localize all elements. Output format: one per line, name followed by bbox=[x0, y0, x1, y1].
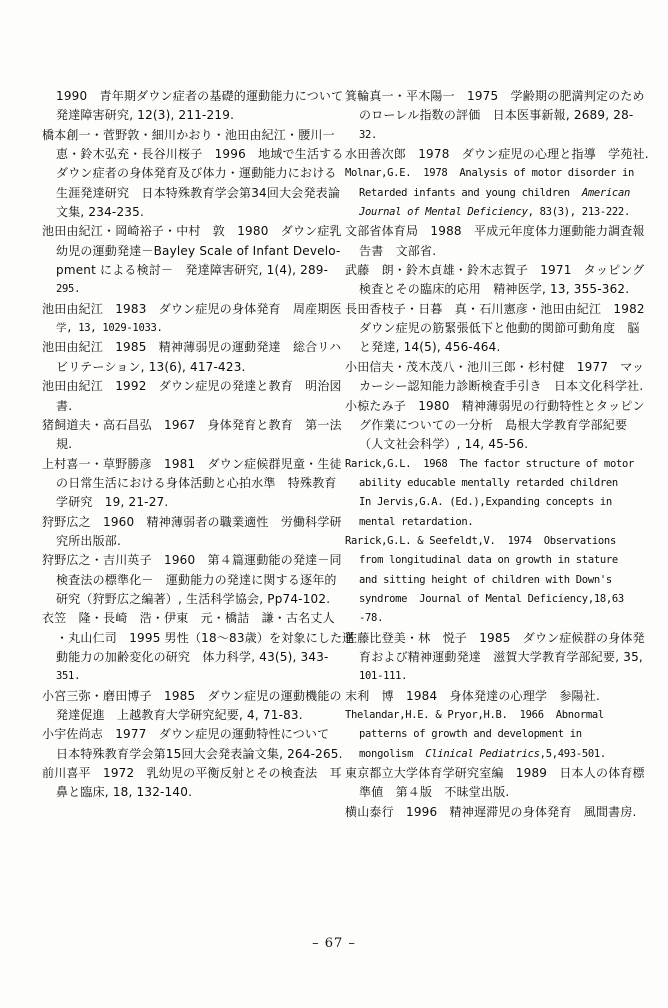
reference-line: のローレル指数の評価 日本医事新報, 2689, 28- bbox=[345, 106, 645, 125]
reference-entry: 猪飼道夫・高石昌弘 1967 身体発育と教育 第一法規. bbox=[42, 416, 342, 455]
reference-entry: 武藤 朗・鈴木貞雄・鈴木志賀子 1971 タッピング検査とその臨床的応用 精神医… bbox=[345, 261, 645, 300]
reference-line: カーシー認知能力診断検査手引き 日本文化科学社. bbox=[345, 377, 645, 396]
journal-title-italic: Clinical Pediatrics bbox=[425, 748, 539, 760]
reference-line: （人文社会科学）, 14, 45-56. bbox=[345, 435, 645, 454]
reference-line: ダウン症者の身体発育及び体力・運動能力における bbox=[42, 164, 342, 183]
reference-line: 1990 青年期ダウン症者の基礎的運動能力について bbox=[42, 87, 342, 106]
reference-line: 育および精神運動発達 滋賀大学教育学部紀要, 35, bbox=[345, 648, 645, 667]
reference-line: 池田由紀江 1992 ダウン症児の発達と教育 明治図 bbox=[42, 377, 342, 396]
reference-entry: 衣笠 隆・長崎 浩・伊東 元・橋詰 謙・古名丈人・丸山仁司 1995 男性（18… bbox=[42, 609, 342, 686]
references-column-left: 1990 青年期ダウン症者の基礎的運動能力について発達障害研究, 12(3), … bbox=[42, 87, 342, 803]
reference-line: 池田由紀江 1985 精神薄弱児の運動発達 総合リハ bbox=[42, 338, 342, 357]
reference-text: , 83(3), 213-222. bbox=[528, 206, 630, 218]
reference-line: 告書 文部省. bbox=[345, 242, 645, 261]
reference-entry: 小宇佐尚志 1977 ダウン症児の運動特性について日本特殊教育学会第15回大会発… bbox=[42, 725, 342, 764]
reference-entry: 池田由紀江 1992 ダウン症児の発達と教育 明治図書. bbox=[42, 377, 342, 416]
references-column-right: 箕輪真一・平木陽一 1975 学齢期の肥満判定のためのローレル指数の評価 日本医… bbox=[345, 87, 645, 822]
reference-entry: Molnar,G.E. 1978 Analysis of motor disor… bbox=[345, 164, 645, 222]
references-page: 1990 青年期ダウン症者の基礎的運動能力について発達障害研究, 12(3), … bbox=[0, 0, 668, 1008]
reference-line: 横山泰行 1996 精神遅滞児の身体発育 風間書房. bbox=[345, 803, 645, 822]
reference-entry: 池田由紀江・岡崎裕子・中村 敦 1980 ダウン症乳幼児の運動発達－Bayley… bbox=[42, 222, 342, 299]
reference-line: ビリテーション, 13(6), 417-423. bbox=[42, 358, 342, 377]
reference-line: ・丸山仁司 1995 男性（18～83歳）を対象にした運 bbox=[42, 629, 342, 648]
reference-line: 究所出版部. bbox=[42, 532, 342, 551]
reference-entry: 水田善次郎 1978 ダウン症児の心理と指導 学苑社. bbox=[345, 145, 645, 164]
reference-line: 動能力の加齢変化の研究 体力科学, 43(5), 343- bbox=[42, 648, 342, 667]
reference-line: 狩野広之 1960 精神薄弱者の職業適性 労働科学研 bbox=[42, 513, 342, 532]
reference-line: 恵・鈴木弘充・長谷川桜子 1996 地域で生活する bbox=[42, 145, 342, 164]
reference-line: 文集, 234-235. bbox=[42, 203, 342, 222]
reference-line: 小椋たみ子 1980 精神薄弱児の行動特性とタッピン bbox=[345, 397, 645, 416]
reference-line: mongolism Clinical Pediatrics,5,493-501. bbox=[345, 745, 645, 764]
reference-entry: 狩野広之 1960 精神薄弱者の職業適性 労働科学研究所出版部. bbox=[42, 513, 342, 552]
reference-line: 日本特殊教育学会第15回大会発表論文集, 264-265. bbox=[42, 745, 342, 764]
reference-text: Retarded infants and young children bbox=[359, 187, 582, 199]
reference-entry: 佐藤比登美・林 悦子 1985 ダウン症候群の身体発育および精神運動発達 滋賀大… bbox=[345, 629, 645, 687]
reference-line: 295. bbox=[42, 280, 342, 299]
reference-line: Rarick,G.L. & Seefeldt,V. 1974 Observati… bbox=[345, 532, 645, 551]
reference-entry: 長田香枝子・日暮 真・石川憲彦・池田由紀江 1982ダウン症児の筋緊張低下と他動… bbox=[345, 300, 645, 358]
reference-entry: 池田由紀江 1983 ダウン症児の身体発育 周産期医学, 13, 1029-10… bbox=[42, 300, 342, 339]
reference-line: 検査法の標準化－ 運動能力の発達に関する逐年的 bbox=[42, 571, 342, 590]
reference-line: In Jervis,G.A. (Ed.),Expanding concepts … bbox=[345, 493, 645, 512]
reference-line: 研究（狩野広之編著）, 生活科学協会, Pp74-102. bbox=[42, 590, 342, 609]
reference-text: mongolism bbox=[359, 748, 425, 760]
reference-entry: Thelandar,H.E. & Pryor,H.B. 1966 Abnorma… bbox=[345, 706, 645, 764]
reference-line: 橋本創一・菅野敦・細川かおり・池田由紀江・腰川一 bbox=[42, 126, 342, 145]
reference-line: 長田香枝子・日暮 真・石川憲彦・池田由紀江 1982 bbox=[345, 300, 645, 319]
reference-line: 32. bbox=[345, 126, 645, 145]
reference-line: 発達障害研究, 12(3), 211-219. bbox=[42, 106, 342, 125]
reference-line: 前川喜平 1972 乳幼児の平衡反射とその検査法 耳 bbox=[42, 764, 342, 783]
reference-line: 水田善次郎 1978 ダウン症児の心理と指導 学苑社. bbox=[345, 145, 645, 164]
reference-line: from longitudinal data on growth in stat… bbox=[345, 551, 645, 570]
journal-title-italic: Journal of Mental Deficiency bbox=[359, 206, 528, 218]
reference-line: 衣笠 隆・長崎 浩・伊東 元・橋詰 謙・古名丈人 bbox=[42, 609, 342, 628]
reference-line: ダウン症児の筋緊張低下と他動的関節可動角度 脳 bbox=[345, 319, 645, 338]
reference-line: 学, 13, 1029-1033. bbox=[42, 319, 342, 338]
reference-entry: 1990 青年期ダウン症者の基礎的運動能力について発達障害研究, 12(3), … bbox=[42, 87, 342, 126]
reference-entry: 池田由紀江 1985 精神薄弱児の運動発達 総合リハビリテーション, 13(6)… bbox=[42, 338, 342, 377]
reference-line: and sitting height of children with Down… bbox=[345, 571, 645, 590]
reference-line: 末利 博 1984 身体発達の心理学 参陽社. bbox=[345, 687, 645, 706]
reference-entry: 横山泰行 1996 精神遅滞児の身体発育 風間書房. bbox=[345, 803, 645, 822]
reference-line: ability educable mentally retarded child… bbox=[345, 474, 645, 493]
reference-line: patterns of growth and development in bbox=[345, 725, 645, 744]
reference-entry: 箕輪真一・平木陽一 1975 学齢期の肥満判定のためのローレル指数の評価 日本医… bbox=[345, 87, 645, 145]
reference-line: 小宇佐尚志 1977 ダウン症児の運動特性について bbox=[42, 725, 342, 744]
reference-line: Thelandar,H.E. & Pryor,H.B. 1966 Abnorma… bbox=[345, 706, 645, 725]
reference-line: 佐藤比登美・林 悦子 1985 ダウン症候群の身体発 bbox=[345, 629, 645, 648]
reference-line: 規. bbox=[42, 435, 342, 454]
reference-line: 箕輪真一・平木陽一 1975 学齢期の肥満判定のため bbox=[345, 87, 645, 106]
reference-line: 生涯発達研究 日本特殊教育学会第34回大会発表論 bbox=[42, 184, 342, 203]
reference-entry: 東京都立大学体育学研究室編 1989 日本人の体育標準値 第４版 不昧堂出版. bbox=[345, 764, 645, 803]
reference-line: Rarick,G.L. 1968 The factor structure of… bbox=[345, 455, 645, 474]
reference-line: 準値 第４版 不昧堂出版. bbox=[345, 783, 645, 802]
journal-title-italic: American bbox=[582, 187, 630, 199]
reference-entry: 小田信夫・茂木茂八・池川三郎・杉村健 1977 マッカーシー認知能力診断検査手引… bbox=[345, 358, 645, 397]
page-number: – 67 – bbox=[0, 936, 668, 951]
reference-line: 幼児の運動発達－Bayley Scale of Infant Develo- bbox=[42, 242, 342, 261]
reference-line: 発達促進 上越教育大学研究紀要, 4, 71-83. bbox=[42, 706, 342, 725]
reference-line: と発達, 14(5), 456-464. bbox=[345, 338, 645, 357]
reference-line: Molnar,G.E. 1978 Analysis of motor disor… bbox=[345, 164, 645, 183]
reference-line: 書. bbox=[42, 397, 342, 416]
reference-line: 鼻と臨床, 18, 132-140. bbox=[42, 783, 342, 802]
reference-line: 小宮三弥・磨田博子 1985 ダウン症児の運動機能の bbox=[42, 687, 342, 706]
reference-line: 小田信夫・茂木茂八・池川三郎・杉村健 1977 マッ bbox=[345, 358, 645, 377]
reference-entry: 小椋たみ子 1980 精神薄弱児の行動特性とタッピング作業についての一分析 島根… bbox=[345, 397, 645, 455]
reference-entry: Rarick,G.L. & Seefeldt,V. 1974 Observati… bbox=[345, 532, 645, 629]
reference-line: グ作業についての一分析 島根大学教育学部紀要 bbox=[345, 416, 645, 435]
reference-line: 351. bbox=[42, 667, 342, 686]
reference-entry: 文部省体育局 1988 平成元年度体力運動能力調査報告書 文部省. bbox=[345, 222, 645, 261]
reference-line: 池田由紀江 1983 ダウン症児の身体発育 周産期医 bbox=[42, 300, 342, 319]
reference-line: 猪飼道夫・高石昌弘 1967 身体発育と教育 第一法 bbox=[42, 416, 342, 435]
reference-entry: 末利 博 1984 身体発達の心理学 参陽社. bbox=[345, 687, 645, 706]
reference-entry: 上村喜一・草野勝彦 1981 ダウン症候群児童・生徒の日常生活における身体活動と… bbox=[42, 455, 342, 513]
reference-line: -78. bbox=[345, 609, 645, 628]
reference-text: ,5,493-501. bbox=[540, 748, 606, 760]
reference-entry: 狩野広之・吉川英子 1960 第４篇運動能の発達－同検査法の標準化－ 運動能力の… bbox=[42, 551, 342, 609]
reference-line: 武藤 朗・鈴木貞雄・鈴木志賀子 1971 タッピング bbox=[345, 261, 645, 280]
reference-line: pment による検討－ 発達障害研究, 1(4), 289- bbox=[42, 261, 342, 280]
reference-line: 東京都立大学体育学研究室編 1989 日本人の体育標 bbox=[345, 764, 645, 783]
reference-line: 検査とその臨床的応用 精神医学, 13, 355-362. bbox=[345, 280, 645, 299]
reference-entry: 前川喜平 1972 乳幼児の平衡反射とその検査法 耳鼻と臨床, 18, 132-… bbox=[42, 764, 342, 803]
reference-line: 学研究 19, 21-27. bbox=[42, 493, 342, 512]
reference-line: Journal of Mental Deficiency, 83(3), 213… bbox=[345, 203, 645, 222]
reference-line: 文部省体育局 1988 平成元年度体力運動能力調査報 bbox=[345, 222, 645, 241]
reference-line: 101-111. bbox=[345, 667, 645, 686]
reference-line: 上村喜一・草野勝彦 1981 ダウン症候群児童・生徒 bbox=[42, 455, 342, 474]
reference-entry: Rarick,G.L. 1968 The factor structure of… bbox=[345, 455, 645, 532]
reference-entry: 小宮三弥・磨田博子 1985 ダウン症児の運動機能の発達促進 上越教育大学研究紀… bbox=[42, 687, 342, 726]
reference-line: mental retardation. bbox=[345, 513, 645, 532]
reference-line: syndrome Journal of Mental Deficiency,18… bbox=[345, 590, 645, 609]
reference-line: の日常生活における身体活動と心拍水準 特殊教育 bbox=[42, 474, 342, 493]
reference-line: 狩野広之・吉川英子 1960 第４篇運動能の発達－同 bbox=[42, 551, 342, 570]
reference-entry: 橋本創一・菅野敦・細川かおり・池田由紀江・腰川一恵・鈴木弘充・長谷川桜子 199… bbox=[42, 126, 342, 223]
reference-line: Retarded infants and young children Amer… bbox=[345, 184, 645, 203]
reference-line: 池田由紀江・岡崎裕子・中村 敦 1980 ダウン症乳 bbox=[42, 222, 342, 241]
